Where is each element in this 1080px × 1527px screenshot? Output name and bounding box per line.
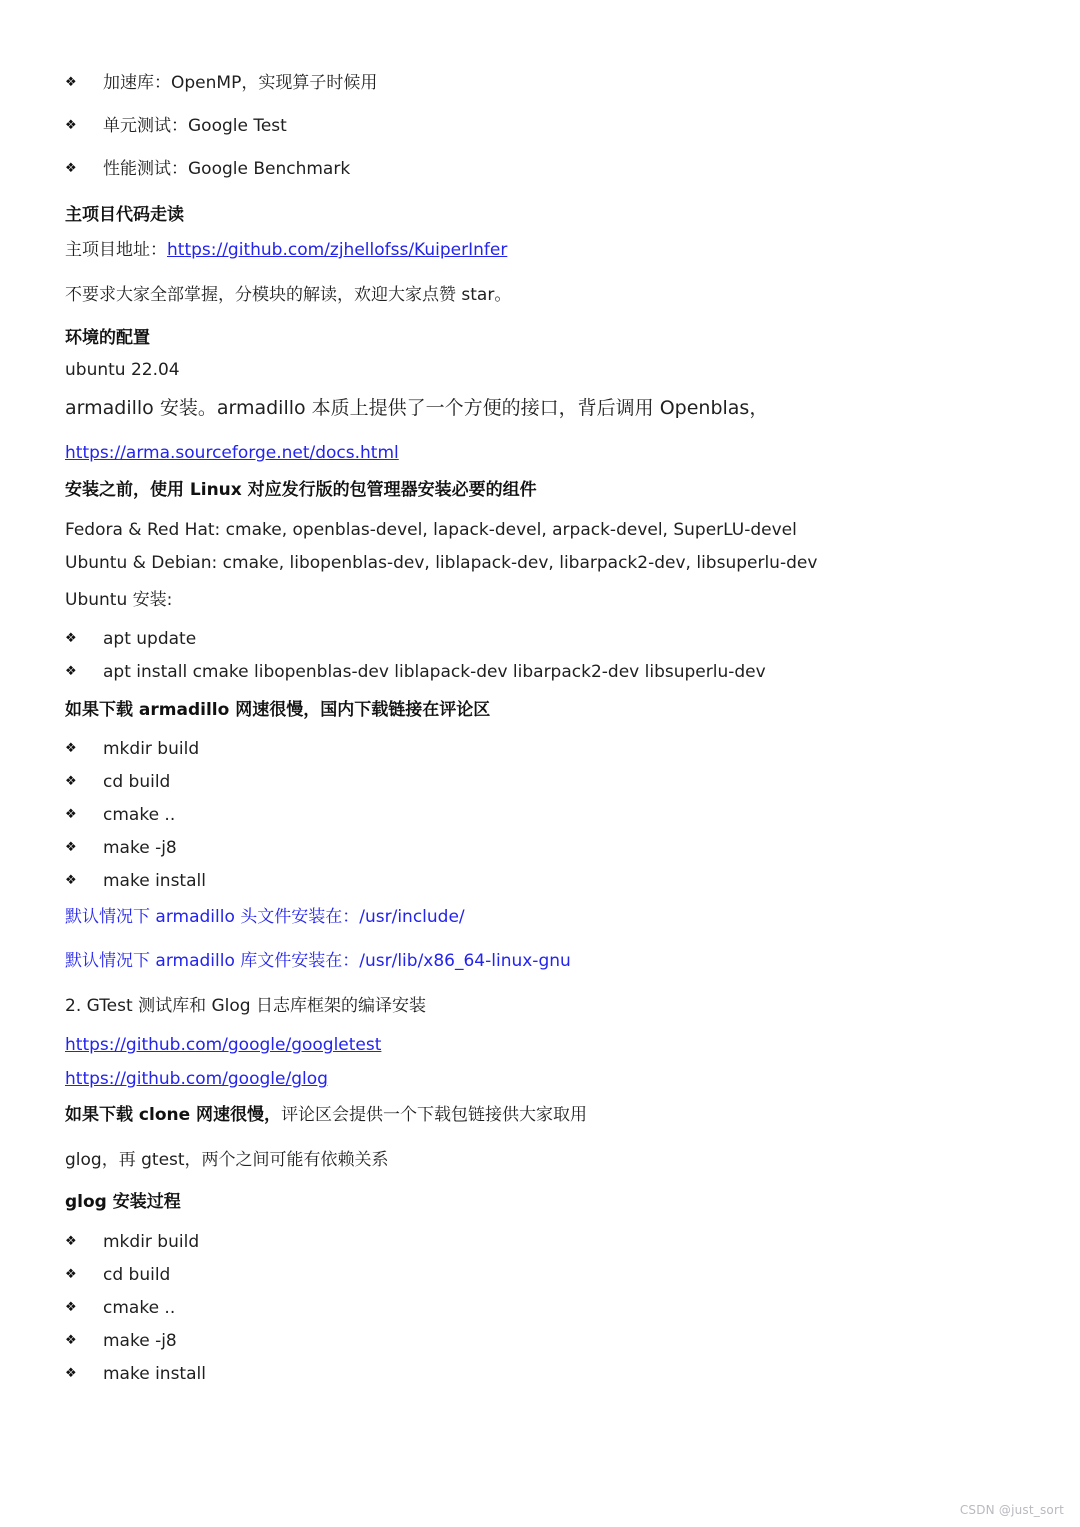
armadillo-build-list: ❖ mkdir build ❖ cd build ❖ cmake .. ❖ ma… xyxy=(65,737,1010,893)
clone-slow-bold-part: 如果下载 clone 网速很慢， xyxy=(65,1105,281,1125)
apt-bullet-list: ❖ apt update ❖ apt install cmake libopen… xyxy=(65,627,1010,684)
default-include-path-note: 默认情况下 armadillo 头文件安装在：/usr/include/ xyxy=(65,905,1010,929)
bullet-diamond-icon: ❖ xyxy=(65,1230,103,1254)
glog-line: https://github.com/google/glog xyxy=(65,1067,1010,1091)
default-lib-path-note: 默认情况下 armadillo 库文件安装在：/usr/lib/x86_64-l… xyxy=(65,949,1010,973)
bullet-diamond-icon: ❖ xyxy=(65,770,103,794)
bullet-item: ❖ apt install cmake libopenblas-dev libl… xyxy=(65,660,1010,684)
bullet-diamond-icon: ❖ xyxy=(65,114,103,138)
library-bullet-list: ❖ 加速库：OpenMP，实现算子时候用 ❖ 单元测试：Google Test … xyxy=(65,71,1010,181)
bullet-item: ❖ make install xyxy=(65,1362,1010,1386)
bullet-text: apt update xyxy=(103,627,196,651)
project-address-label: 主项目地址： xyxy=(65,240,167,260)
bullet-diamond-icon: ❖ xyxy=(65,803,103,827)
bullet-text: cd build xyxy=(103,770,170,794)
bullet-diamond-icon: ❖ xyxy=(65,1263,103,1287)
bullet-text: mkdir build xyxy=(103,1230,199,1254)
bullet-diamond-icon: ❖ xyxy=(65,1296,103,1320)
bullet-diamond-icon: ❖ xyxy=(65,869,103,893)
heading-code-walkthrough: 主项目代码走读 xyxy=(65,203,1010,227)
bullet-diamond-icon: ❖ xyxy=(65,660,103,684)
glog-link[interactable]: https://github.com/google/glog xyxy=(65,1069,328,1089)
googletest-line: https://github.com/google/googletest xyxy=(65,1033,1010,1057)
heading-environment-setup: 环境的配置 xyxy=(65,326,1010,350)
arma-docs-link[interactable]: https://arma.sourceforge.net/docs.html xyxy=(65,443,399,463)
bullet-text: cmake .. xyxy=(103,1296,175,1320)
gtest-glog-heading: 2. GTest 测试库和 Glog 日志库框架的编译安装 xyxy=(65,994,1010,1018)
bullet-item: ❖ cmake .. xyxy=(65,1296,1010,1320)
heading-glog-install: glog 安装过程 xyxy=(65,1190,1010,1214)
bullet-item: ❖ cd build xyxy=(65,770,1010,794)
bullet-text: make -j8 xyxy=(103,1329,177,1353)
bullet-diamond-icon: ❖ xyxy=(65,71,103,95)
bullet-diamond-icon: ❖ xyxy=(65,627,103,651)
bullet-item: ❖ make install xyxy=(65,869,1010,893)
clone-slow-rest-part: 评论区会提供一个下载包链接供大家取用 xyxy=(281,1105,587,1125)
kuiperinfer-repo-link[interactable]: https://github.com/zjhellofss/KuiperInfe… xyxy=(167,240,507,260)
armadillo-intro-line: armadillo 安装。armadillo 本质上提供了一个方便的接口，背后调… xyxy=(65,395,1010,422)
bullet-diamond-icon: ❖ xyxy=(65,1329,103,1353)
bullet-text: 单元测试：Google Test xyxy=(103,114,287,138)
bullet-diamond-icon: ❖ xyxy=(65,1362,103,1386)
bullet-item: ❖ apt update xyxy=(65,627,1010,651)
fedora-packages-line: Fedora & Red Hat: cmake, openblas-devel,… xyxy=(65,518,1010,542)
csdn-watermark: CSDN @just_sort xyxy=(960,1503,1064,1517)
bullet-item: ❖ mkdir build xyxy=(65,1230,1010,1254)
bullet-text: apt install cmake libopenblas-dev liblap… xyxy=(103,660,766,684)
bullet-diamond-icon: ❖ xyxy=(65,836,103,860)
googletest-link[interactable]: https://github.com/google/googletest xyxy=(65,1035,381,1055)
bullet-text: make install xyxy=(103,869,206,893)
bullet-item: ❖ 单元测试：Google Test xyxy=(65,114,1010,138)
star-note: 不要求大家全部掌握，分模块的解读，欢迎大家点赞 star。 xyxy=(65,283,1010,307)
document-page: ❖ 加速库：OpenMP，实现算子时候用 ❖ 单元测试：Google Test … xyxy=(0,0,1080,1527)
bullet-text: 性能测试：Google Benchmark xyxy=(103,157,350,181)
bullet-text: cmake .. xyxy=(103,803,175,827)
bullet-item: ❖ make -j8 xyxy=(65,1329,1010,1353)
bullet-item: ❖ 性能测试：Google Benchmark xyxy=(65,157,1010,181)
bullet-item: ❖ cmake .. xyxy=(65,803,1010,827)
glog-build-list: ❖ mkdir build ❖ cd build ❖ cmake .. ❖ ma… xyxy=(65,1230,1010,1386)
project-address-line: 主项目地址：https://github.com/zjhellofss/Kuip… xyxy=(65,238,1010,262)
heading-armadillo-slow-download: 如果下载 armadillo 网速很慢，国内下载链接在评论区 xyxy=(65,698,1010,722)
bullet-text: cd build xyxy=(103,1263,170,1287)
bullet-item: ❖ make -j8 xyxy=(65,836,1010,860)
bullet-text: 加速库：OpenMP，实现算子时候用 xyxy=(103,71,377,95)
glog-gtest-order-note: glog，再 gtest，两个之间可能有依赖关系 xyxy=(65,1148,1010,1172)
bullet-text: make -j8 xyxy=(103,836,177,860)
bullet-diamond-icon: ❖ xyxy=(65,157,103,181)
document-content: ❖ 加速库：OpenMP，实现算子时候用 ❖ 单元测试：Google Test … xyxy=(0,0,1080,1386)
arma-docs-line: https://arma.sourceforge.net/docs.html xyxy=(65,441,1010,465)
bullet-text: make install xyxy=(103,1362,206,1386)
heading-before-install: 安装之前，使用 Linux 对应发行版的包管理器安装必要的组件 xyxy=(65,478,1010,502)
ubuntu-version-line: ubuntu 22.04 xyxy=(65,358,1010,382)
bullet-item: ❖ cd build xyxy=(65,1263,1010,1287)
bullet-text: mkdir build xyxy=(103,737,199,761)
ubuntu-packages-line: Ubuntu & Debian: cmake, libopenblas-dev,… xyxy=(65,551,1010,575)
clone-slow-line: 如果下载 clone 网速很慢，评论区会提供一个下载包链接供大家取用 xyxy=(65,1103,1010,1127)
bullet-item: ❖ mkdir build xyxy=(65,737,1010,761)
bullet-diamond-icon: ❖ xyxy=(65,737,103,761)
bullet-item: ❖ 加速库：OpenMP，实现算子时候用 xyxy=(65,71,1010,95)
ubuntu-install-label: Ubuntu 安装: xyxy=(65,588,1010,612)
